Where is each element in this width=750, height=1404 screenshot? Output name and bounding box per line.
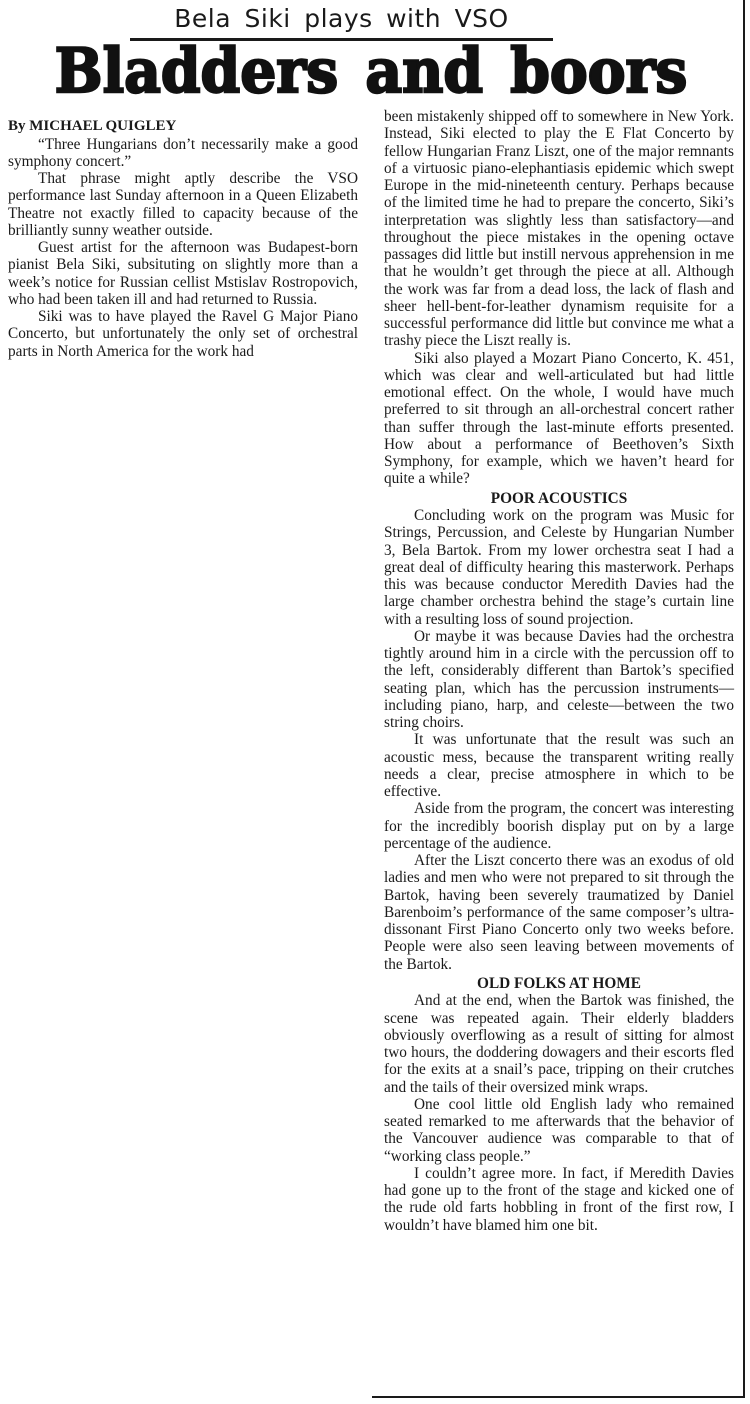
paragraph: Concluding work on the program was Music… <box>384 507 734 628</box>
paragraph: Or maybe it was because Davies had the o… <box>384 628 734 732</box>
subhead-old-folks-at-home: OLD FOLKS AT HOME <box>384 975 734 993</box>
paragraph: I couldn’t agree more. In fact, if Mered… <box>384 1165 734 1234</box>
paragraph: And at the end, when the Bartok was fini… <box>384 992 734 1096</box>
subhead-poor-acoustics: POOR ACOUSTICS <box>384 490 734 508</box>
main-headline: Bladders and boors <box>26 40 716 104</box>
paragraph-continuation: been mistakenly shipped off to somewhere… <box>384 108 734 350</box>
left-column: By MICHAEL QUIGLEY “Three Hungarians don… <box>8 118 358 360</box>
right-column-border <box>743 0 745 1398</box>
paragraph: Aside from the program, the concert was … <box>384 800 734 852</box>
paragraph: One cool little old English lady who rem… <box>384 1096 734 1165</box>
paragraph: Guest artist for the afternoon was Budap… <box>8 239 358 308</box>
bottom-rule <box>372 1396 743 1398</box>
paragraph: It was unfortunate that the result was s… <box>384 731 734 800</box>
right-column: been mistakenly shipped off to somewhere… <box>384 108 734 1234</box>
paragraph: “Three Hungarians don’t necessarily make… <box>8 136 358 171</box>
byline: By MICHAEL QUIGLEY <box>8 118 358 136</box>
paragraph: After the Liszt concerto there was an ex… <box>384 852 734 973</box>
paragraph: Siki also played a Mozart Piano Concerto… <box>384 350 734 488</box>
paragraph: Siki was to have played the Ravel G Majo… <box>8 308 358 360</box>
paragraph: That phrase might aptly describe the VSO… <box>8 170 358 239</box>
